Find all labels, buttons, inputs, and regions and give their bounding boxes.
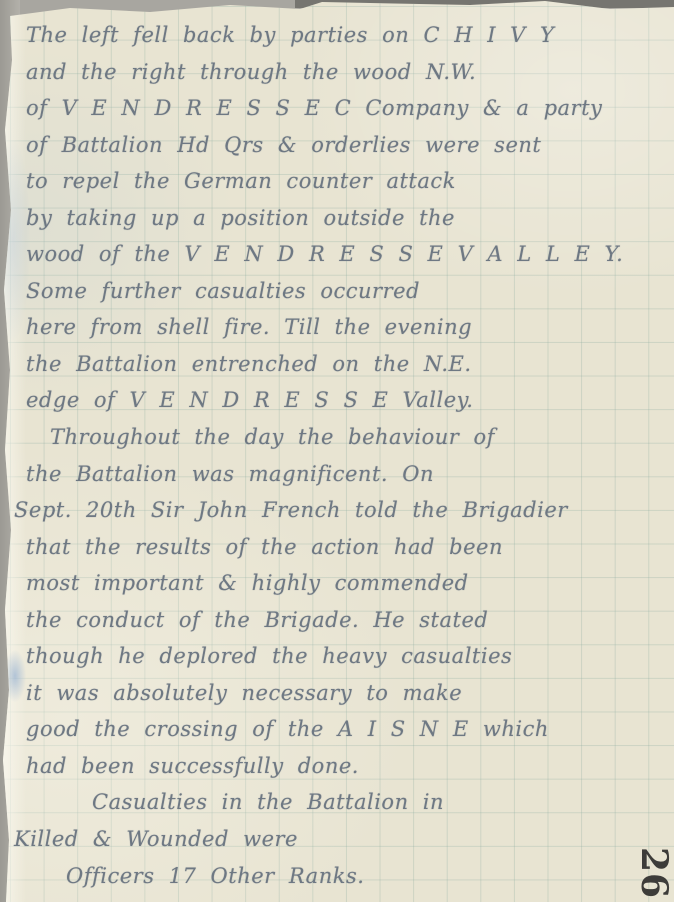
handwritten-line: wood of the V E N D R E S S E V A L L E … — [0, 236, 674, 273]
handwritten-line: good the crossing of the A I S N E which — [0, 711, 674, 748]
handwritten-line: Sept. 20th Sir John French told the Brig… — [0, 492, 674, 529]
handwritten-line: Killed & Wounded were — [0, 821, 674, 858]
handwritten-line: that the results of the action had been — [0, 529, 674, 566]
handwritten-line: Officers 17 Other Ranks. — [0, 858, 674, 895]
handwritten-line: here from shell fire. Till the evening — [0, 309, 674, 346]
handwritten-line: Some further casualties occurred — [0, 273, 674, 310]
handwritten-line: the conduct of the Brigade. He stated — [0, 602, 674, 639]
handwritten-line: Casualties in the Battalion in — [0, 784, 674, 821]
handwritten-line: of V E N D R E S S E C Company & a party — [0, 90, 674, 127]
handwritten-line: The left fell back by parties on C H I V… — [0, 17, 674, 54]
handwritten-line: of Battalion Hd Qrs & orderlies were sen… — [0, 127, 674, 164]
handwritten-text: The left fell back by parties on C H I V… — [0, 17, 674, 894]
handwritten-line: it was absolutely necessary to make — [0, 675, 674, 712]
handwritten-line: by taking up a position outside the — [0, 200, 674, 237]
handwritten-line: had been successfully done. — [0, 748, 674, 785]
handwritten-line: edge of V E N D R E S S E Valley. — [0, 382, 674, 419]
handwritten-line: though he deplored the heavy casualties — [0, 638, 674, 675]
handwritten-line: Throughout the day the behaviour of — [0, 419, 674, 456]
handwritten-line: to repel the German counter attack — [0, 163, 674, 200]
handwritten-line: the Battalion was magnificent. On — [0, 456, 674, 493]
handwritten-line: most important & highly commended — [0, 565, 674, 602]
paper-sheet: The left fell back by parties on C H I V… — [0, 0, 674, 902]
page-number: 26 — [633, 847, 674, 899]
handwritten-line: the Battalion entrenched on the N.E. — [0, 346, 674, 383]
handwritten-line: and the right through the wood N.W. — [0, 54, 674, 91]
